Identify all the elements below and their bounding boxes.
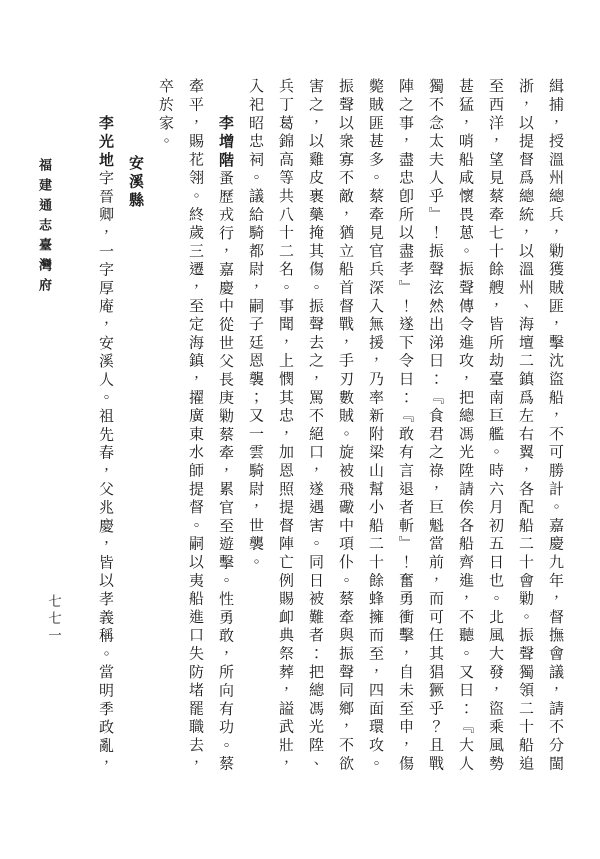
main-text-block: 緝捕，授溫州總兵，勦獲賊匪，擊沈盜船，不可勝計。嘉慶九年，督撫會議，請不分閩 浙… <box>90 78 570 774</box>
page-number: 七七一 <box>43 594 63 645</box>
biography-entry-li-zengjie: 李增階蚤歷戎行，嘉慶中從世父長庚勦蔡牽，累官至遊擊。性勇敢，所向有功。蔡 <box>210 78 240 774</box>
biography-name: 李增階 <box>217 115 233 170</box>
text-column: 牽平，賜花翎。終歲三遷，至定海鎮，擢廣東水師提督。嗣以夷船進口失防堵罷職去， <box>180 78 210 774</box>
text-column: 斃賊匪甚多。蔡牽見官兵深入無援，乃率新附梁山幫小船二十餘蜂擁而至，四面環攻。 <box>360 78 390 774</box>
text-column: 至西洋，望見蔡牽七十餘艘，皆所劫臺南巨艦。時六月初五日也。北風大發，盜乘風勢 <box>480 78 510 774</box>
section-header-anxi-county: 安溪縣 <box>120 78 150 774</box>
text-column: 甚猛，哨船咸懷畏葸。振聲傳令進攻，把總馮光陞請俟各船齊進，不聽。又曰：『大人 <box>450 78 480 774</box>
biography-text: 蚤歷戎行，嘉慶中從世父長庚勦蔡牽，累官至遊擊。性勇敢，所向有功。蔡 <box>217 170 233 774</box>
biography-entry-li-guangdi: 李光地字晉卿，一字厚庵，安溪人。祖先春，父兆慶，皆以孝義稱。當明季政亂， <box>90 78 120 774</box>
text-column: 兵丁葛錦高等共八十二名。事聞，上憫其忠，加恩照提督陣亡例賜卹典祭葬，謚武壯， <box>270 78 300 774</box>
text-column: 害之，以雞皮裹藥掩其傷。振聲去之，罵不絕口，遂遇害。同日被難者：把總馮光陞、 <box>300 78 330 774</box>
text-column: 緝捕，授溫州總兵，勦獲賊匪，擊沈盜船，不可勝計。嘉慶九年，督撫會議，請不分閩 <box>540 78 570 774</box>
text-column: 陣之事，盡忠卽所以盡孝』！遂下令曰：『敢有言退者斬』！奮勇衝擊，自未至申，傷 <box>390 78 420 774</box>
biography-text: 字晉卿，一字厚庵，安溪人。祖先春，父兆慶，皆以孝義稱。當明季政亂， <box>97 170 113 774</box>
scanned-book-page: 福建通志臺灣府 七七一 緝捕，授溫州總兵，勦獲賊匪，擊沈盜船，不可勝計。嘉慶九年… <box>0 0 600 859</box>
text-column: 入祀昭忠祠。議給騎都尉，嗣子廷恩襲；又一雲騎尉，世襲。 <box>240 78 270 774</box>
spine-title: 福建通志臺灣府 <box>35 158 54 298</box>
text-column: 振聲以衆寡不敵，猶立船首督戰，手刃數賊。旋被飛礮中項仆。蔡牽與振聲同鄉，不欲 <box>330 78 360 774</box>
text-column: 卒於家。 <box>150 78 180 774</box>
text-column: 浙，以提督爲總統，以溫州、海壇二鎮爲左右翼，各配船二十會勦。振聲獨領二十船追 <box>510 78 540 774</box>
text-column: 獨不念太夫人乎』！振聲泫然出涕曰：『食君之祿，巨魁當前，而可任其猖獗乎？且戰 <box>420 78 450 774</box>
biography-name: 李光地 <box>97 115 113 170</box>
